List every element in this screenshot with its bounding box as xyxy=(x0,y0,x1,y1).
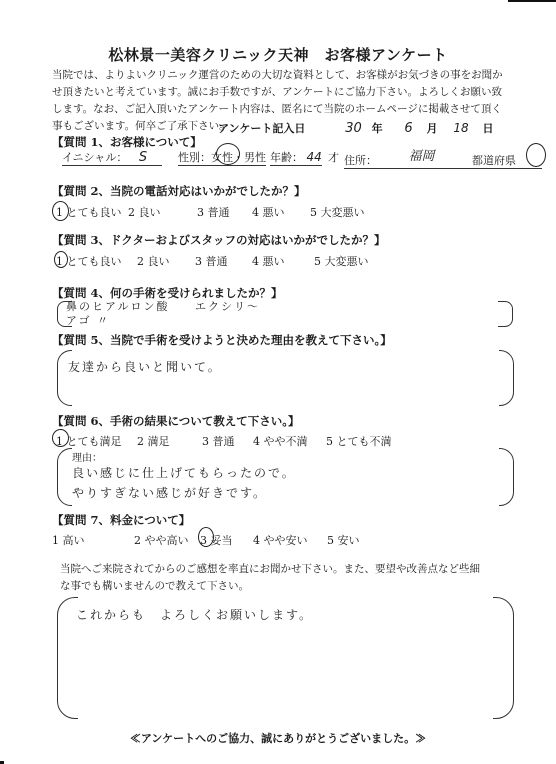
age-value: 44 xyxy=(307,150,322,164)
age-label: 年齢： xyxy=(270,151,303,164)
prefecture-suffix: 都道府県 xyxy=(472,154,516,167)
q3-option-5[interactable]: 5 大変悪い xyxy=(314,253,369,269)
q2-option-3[interactable]: 3 普通 xyxy=(197,204,230,220)
date-month-unit: 月 xyxy=(427,120,438,136)
q4-answer-line-2: アゴ 〃 xyxy=(66,312,110,328)
gender-label: 性別： xyxy=(178,151,211,164)
address-field[interactable]: 住所： 福岡 都道府県 xyxy=(344,149,542,169)
survey-date: アンケート記入日 30 年 6 月 18 日 xyxy=(218,120,494,136)
date-year[interactable]: 30 xyxy=(345,121,362,136)
survey-title: 松林景一美容クリニック天神 お客様アンケート xyxy=(0,44,556,65)
scan-edge-mark xyxy=(508,0,556,2)
gender-option-male[interactable]: 男性 xyxy=(244,151,266,164)
q6-reason-label: 理由： xyxy=(72,449,102,464)
q2-option-5[interactable]: 5 大変悪い xyxy=(310,204,365,220)
q7-option-2[interactable]: 2 やや高い xyxy=(134,532,189,548)
gender-selected-circle xyxy=(216,143,240,165)
q2-selected-circle xyxy=(52,201,69,221)
q6-reason-line-2: やりすぎない感じが好きです。 xyxy=(72,484,267,501)
q3-heading: 【質問 3、ドクターおよびスタッフの対応はいかがでしたか？】 xyxy=(52,232,386,248)
q5-heading: 【質問 5、当院で手術を受けようと決めた理由を教えて下さい。】 xyxy=(52,332,392,348)
prefecture-selected-circle xyxy=(526,143,546,167)
q2-option-4[interactable]: 4 悪い xyxy=(252,204,285,220)
q4-answer-extra: エクシリ～ xyxy=(195,298,260,314)
q6-heading: 【質問 6、手術の結果について教えて下さい。】 xyxy=(52,413,300,429)
age-unit: 才 xyxy=(328,149,339,165)
date-year-unit: 年 xyxy=(372,120,383,136)
age-field[interactable]: 年齢： 44 xyxy=(270,149,322,166)
q7-option-1[interactable]: 1 高い xyxy=(52,532,85,548)
date-month[interactable]: 6 xyxy=(404,121,412,136)
q7-option-4[interactable]: 4 やや安い xyxy=(253,532,308,548)
q3-option-3[interactable]: 3 普通 xyxy=(195,253,228,269)
q3-option-4[interactable]: 4 悪い xyxy=(252,253,285,269)
q7-option-5[interactable]: 5 安い xyxy=(327,532,360,548)
q3-option-2[interactable]: 2 良い xyxy=(137,253,170,269)
address-value: 福岡 xyxy=(409,149,435,164)
q7-options: 1 高い 2 やや高い 3 妥当 4 やや安い 5 安い xyxy=(52,532,512,548)
q6-reason-line-1: 良い感じに仕上げてもらったので。 xyxy=(72,464,296,481)
initial-label: イニシャル： xyxy=(62,151,127,164)
q2-heading: 【質問 2、当院の電話対応はいかがでしたか？】 xyxy=(52,183,306,199)
q5-answer: 友達から良いと聞いて。 xyxy=(68,358,222,375)
q7-selected-circle xyxy=(198,527,214,547)
date-day[interactable]: 18 xyxy=(453,121,468,135)
date-label: アンケート記入日 xyxy=(218,120,305,136)
initial-field[interactable]: イニシャル： S xyxy=(62,149,162,166)
date-day-unit: 日 xyxy=(483,120,494,136)
q1-heading: 【質問 1、お客様について】 xyxy=(52,134,202,150)
q3-selected-circle xyxy=(54,251,68,268)
q2-option-2[interactable]: 2 良い xyxy=(128,204,161,220)
thank-you-footer: ≪アンケートへのご協力、誠にありがとうございました。≫ xyxy=(0,730,556,746)
q6-selected-circle xyxy=(52,429,69,447)
q7-heading: 【質問 7、料金について】 xyxy=(52,512,190,528)
q2-options: 1 とても良い 2 良い 3 普通 4 悪い 5 大変悪い xyxy=(52,204,512,220)
initial-value: S xyxy=(139,150,147,165)
comments-prompt: 当院へご来院されてからのご感想を率直にお聞かせ下さい。また、要望や改善点など些細… xyxy=(60,561,490,595)
q3-options: 1 とても良い 2 良い 3 普通 4 悪い 5 大変悪い xyxy=(52,253,512,269)
comments-answer: これからも よろしくお願いします。 xyxy=(76,606,313,623)
address-label: 住所： xyxy=(344,154,377,167)
